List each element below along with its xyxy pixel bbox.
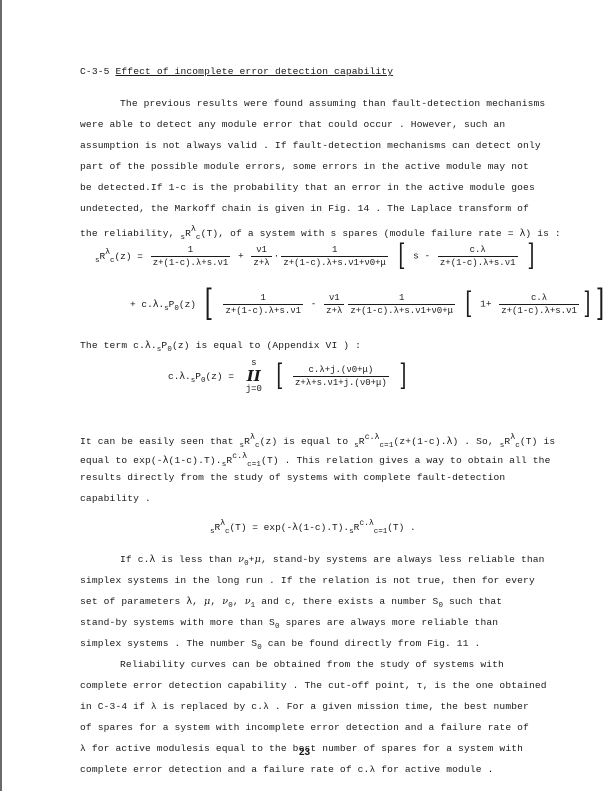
eq3-frac: c.λ+j.(ν0+μ)z+λ+s.ν1+j.(ν0+μ) [293, 365, 389, 388]
eq1-term1: 1z+(1-c).λ+s.ν1 [151, 245, 231, 268]
paragraph1-line: The previous results were found assuming… [120, 98, 545, 109]
eq2-factor: ν1z+λ [324, 293, 344, 316]
paragraph1-line: part of the possible module errors, some… [80, 161, 529, 172]
section-number: C-3-5 [80, 66, 110, 77]
eq3-lhs: c.λ.sP0(z) = [168, 371, 234, 382]
eq1-bracket-frac: c.λz+(1-c).λ+s.ν1 [438, 245, 518, 268]
equation-1: sRλc(z) = 1z+(1-c).λ+s.ν1 + ν1z+λ·1z+(1-… [95, 242, 537, 270]
paragraph1-line: the reliability, sRλc(T), of a system wi… [80, 224, 561, 242]
eq1-lhs: sRλc(z) = [95, 251, 143, 262]
paragraph2-line: It can be easily seen that sRλc(z) is eq… [80, 432, 555, 450]
term-line: The term c.λ.sP0(z) is equal to (Appendi… [80, 340, 361, 354]
eq1-factor: ν1z+λ [251, 245, 271, 268]
eq2-minus: - [311, 299, 317, 310]
eq1-bracket-first: s - [413, 251, 430, 262]
paragraph3-line: If c.λ is less than ν0+μ, stand-by syste… [120, 554, 545, 568]
eq1-term2: 1z+(1-c).λ+s.ν1+ν0+μ [281, 245, 388, 268]
paragraph2-line: results directly from the study of syste… [80, 472, 505, 483]
paragraph3-line: simplex systems in the long run . If the… [80, 575, 535, 586]
paragraph3-line: set of parameters λ, μ, ν0, ν1 and c, th… [80, 596, 502, 610]
paragraph4-line: in C-3-4 if λ is replaced by c.λ . For a… [80, 701, 529, 712]
paragraph2-line: equal to exp(-λ(1-c).T).sRc.λc=1(T) . Th… [80, 451, 550, 469]
paragraph3-line: stand-by systems with more than S0 spare… [80, 617, 498, 631]
paragraph1-line: assumption is not always valid . If faul… [80, 140, 541, 151]
paragraph1-line: were able to detect any module error tha… [80, 119, 505, 130]
eq2-term2: 1z+(1-c).λ+s.ν1+ν0+μ [348, 293, 455, 316]
paragraph1-line: undetected, the Markoff chain is given i… [80, 203, 529, 214]
paragraph4-line: complete error detection and a failure r… [80, 764, 494, 775]
section-heading: C-3-5 Effect of incomplete error detecti… [80, 66, 393, 77]
paragraph4-line: of spares for a system with incomplete e… [80, 722, 529, 733]
equation-2: + c.λ.sP0(z) [ 1z+(1-c).λ+s.ν1 - ν1z+λ1z… [130, 287, 607, 321]
product-operator: s II j=0 [246, 358, 262, 394]
scan-edge [0, 0, 2, 791]
equation-3: c.λ.sP0(z) = s II j=0 [ c.λ+j.(ν0+μ)z+λ+… [168, 358, 408, 394]
section-title: Effect of incomplete error detection cap… [115, 66, 393, 77]
page-number: 23 [299, 747, 310, 758]
paragraph1-line: be detected.If 1-c is the probability th… [80, 182, 535, 193]
eq2-prefix: + c.λ.sP0(z) [130, 299, 196, 310]
paragraph2-line: capability . [80, 493, 151, 504]
paragraph4-line: complete error detection capability . Th… [80, 680, 547, 691]
eq2-inner-first: 1+ [480, 299, 491, 310]
document-page: C-3-5 Effect of incomplete error detecti… [0, 0, 612, 791]
equation-4: sRλc(T) = exp(-λ(1-c).T).sRc.λc=1(T) . [210, 518, 416, 536]
eq2-term1: 1z+(1-c).λ+s.ν1 [223, 293, 303, 316]
paragraph3-line: simplex systems . The number S0 can be f… [80, 638, 480, 652]
paragraph4-line: Reliability curves can be obtained from … [120, 659, 504, 670]
eq2-inner-frac: c.λz+(1-c).λ+s.ν1 [499, 293, 579, 316]
